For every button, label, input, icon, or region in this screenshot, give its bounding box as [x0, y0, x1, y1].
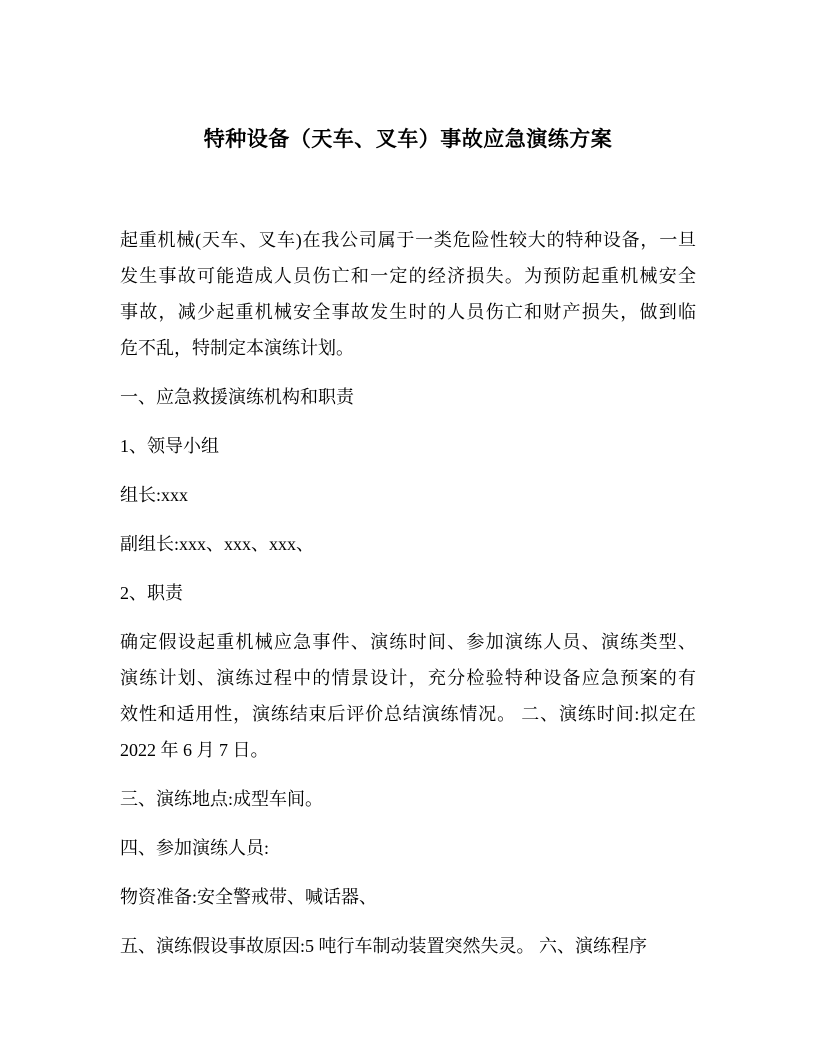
paragraph-leading-group: 1、领导小组	[120, 428, 696, 464]
text-line: 一、应急救援演练机构和职责	[120, 379, 696, 415]
paragraph-intro: 起重机械(天车、叉车)在我公司属于一类危险性较大的特种设备，一旦 发生事故可能造…	[120, 222, 696, 366]
paragraph-participants: 四、参加演练人员:	[120, 830, 696, 866]
text-line: 物资准备:安全警戒带、喊话器、	[120, 879, 696, 915]
document-title: 特种设备（天车、叉车）事故应急演练方案	[120, 122, 696, 158]
paragraph-group-leader: 组长:xxx	[120, 477, 696, 513]
text-line: 发生事故可能造成人员伤亡和一定的经济损失。为预防起重机械安全	[120, 258, 696, 294]
text-line: 2022 年 6 月 7 日。	[120, 732, 696, 768]
text-line: 确定假设起重机械应急事件、演练时间、参加演练人员、演练类型、	[120, 624, 696, 660]
paragraph-duties-heading: 2、职责	[120, 575, 696, 611]
text-line: 三、演练地点:成型车间。	[120, 781, 696, 817]
text-line: 起重机械(天车、叉车)在我公司属于一类危险性较大的特种设备，一旦	[120, 222, 696, 258]
paragraph-materials: 物资准备:安全警戒带、喊话器、	[120, 879, 696, 915]
text-line: 1、领导小组	[120, 428, 696, 464]
paragraph-location: 三、演练地点:成型车间。	[120, 781, 696, 817]
text-line: 危不乱，特制定本演练计划。	[120, 330, 696, 366]
text-line: 副组长:xxx、xxx、xxx、	[120, 526, 696, 562]
text-line: 四、参加演练人员:	[120, 830, 696, 866]
paragraph-duties-body: 确定假设起重机械应急事件、演练时间、参加演练人员、演练类型、 演练计划、演练过程…	[120, 624, 696, 768]
text-line: 五、演练假设事故原因:5 吨行车制动装置突然失灵。 六、演练程序	[120, 928, 696, 964]
document-page: 特种设备（天车、叉车）事故应急演练方案 起重机械(天车、叉车)在我公司属于一类危…	[0, 0, 816, 1056]
text-line: 效性和适用性，演练结束后评价总结演练情况。 二、演练时间:拟定在	[120, 696, 696, 732]
paragraph-accident-cause: 五、演练假设事故原因:5 吨行车制动装置突然失灵。 六、演练程序	[120, 928, 696, 964]
text-line: 演练计划、演练过程中的情景设计，充分检验特种设备应急预案的有	[120, 660, 696, 696]
text-line: 2、职责	[120, 575, 696, 611]
text-line: 事故，减少起重机械安全事故发生时的人员伤亡和财产损失，做到临	[120, 294, 696, 330]
paragraph-heading-1: 一、应急救援演练机构和职责	[120, 379, 696, 415]
paragraph-deputy-leaders: 副组长:xxx、xxx、xxx、	[120, 526, 696, 562]
text-line: 组长:xxx	[120, 477, 696, 513]
